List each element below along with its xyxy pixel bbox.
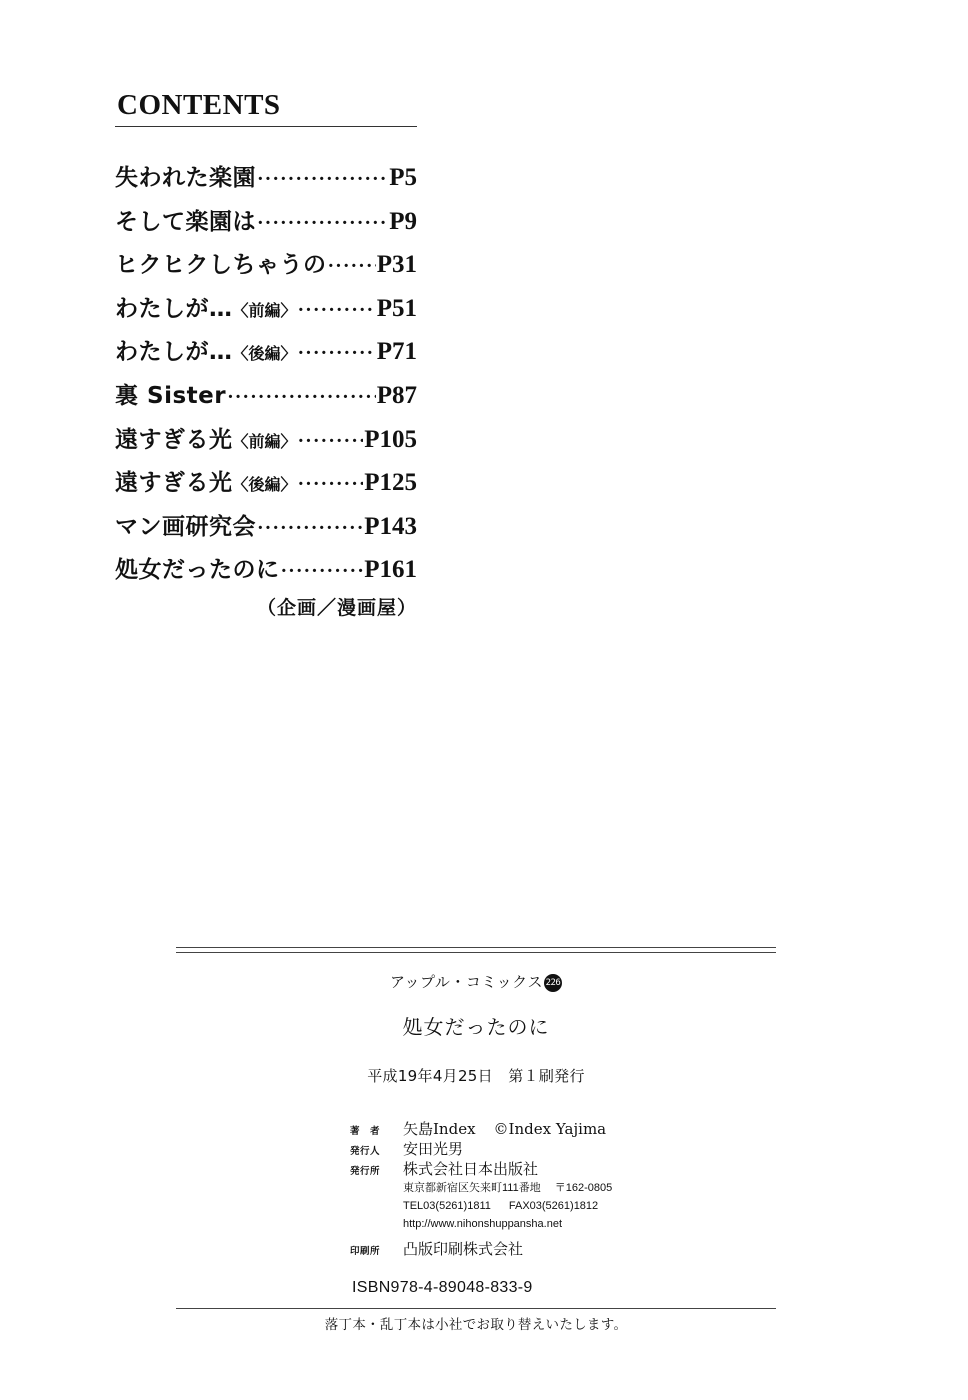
colophon-bottom-rule	[176, 1308, 776, 1309]
toc-entry-title: そして楽園は	[115, 201, 256, 245]
toc-entry: 処女だったのに P161	[115, 548, 417, 592]
printer-row: 印刷所 凸版印刷株式会社	[350, 1239, 650, 1259]
fax: FAX03(5261)1812	[509, 1200, 598, 1212]
toc-entry-part: 〈前編〉	[233, 420, 297, 464]
street-address: 東京都新宿区矢来町111番地	[403, 1182, 541, 1194]
dot-leader	[298, 463, 364, 507]
toc-entry-page: P125	[364, 461, 417, 505]
toc-entry-part: 〈後編〉	[233, 332, 297, 376]
book-title: 処女だったのに	[176, 1011, 776, 1040]
toc-entry: 失われた楽園 P5	[115, 156, 417, 200]
replacement-notice: 落丁本・乱丁本は小社でお取り替えいたします。	[176, 1313, 776, 1333]
toc-entry: そして楽園は P9	[115, 200, 417, 244]
dot-leader	[257, 202, 388, 246]
dot-leader	[328, 245, 376, 289]
phone-line: TEL03(5261)1811FAX03(5261)1812	[403, 1197, 650, 1215]
isbn: ISBN978-4-89048-833-9	[352, 1279, 533, 1297]
toc-entry-page: P161	[364, 548, 417, 592]
toc-entry-page: P5	[389, 156, 417, 200]
printer-name: 凸版印刷株式会社	[403, 1239, 523, 1259]
publisher-address: 東京都新宿区矢来町111番地〒162-0805 TEL03(5261)1811F…	[403, 1179, 650, 1233]
toc-entry-part: 〈前編〉	[233, 289, 297, 333]
publisher-label: 発行所	[350, 1162, 403, 1182]
dot-leader	[298, 420, 364, 464]
series-name: アップル・コミックス	[390, 973, 543, 991]
table-of-contents: CONTENTS 失われた楽園 P5 そして楽園は P9 ヒクヒクしちゃうの P…	[115, 88, 417, 127]
planning-credit: （企画／漫画屋）	[257, 593, 417, 620]
dot-leader	[298, 332, 376, 376]
toc-entry-title: わたしが…	[115, 331, 233, 375]
toc-entry: 遠すぎる光 〈前編〉 P105	[115, 418, 417, 462]
dot-leader	[281, 550, 364, 594]
toc-entry-page: P31	[377, 243, 417, 287]
toc-entry-title: 裏 Sister	[115, 375, 226, 419]
toc-entry: 裏 Sister P87	[115, 374, 417, 418]
colophon: アップル・コミックス226 処女だったのに 平成19年4月25日 第１刷発行 著…	[176, 947, 776, 953]
printer-label: 印刷所	[350, 1242, 403, 1262]
publisher-name: 株式会社日本出版社	[403, 1159, 538, 1179]
toc-entry-page: P51	[377, 287, 417, 331]
telephone: TEL03(5261)1811	[403, 1200, 491, 1212]
toc-entry-title: 処女だったのに	[115, 549, 280, 593]
toc-entry: ヒクヒクしちゃうの P31	[115, 243, 417, 287]
publication-date: 平成19年4月25日 第１刷発行	[176, 1065, 776, 1086]
toc-entry: わたしが… 〈後編〉 P71	[115, 330, 417, 374]
author-row: 著 者 矢島Index ©Index Yajima	[350, 1119, 650, 1139]
dot-leader	[298, 289, 376, 333]
toc-entry-page: P105	[364, 418, 417, 462]
publisher-person-name: 安田光男	[403, 1139, 463, 1159]
copyright-notice: ©Index Yajima	[494, 1119, 607, 1139]
publisher-person-label: 発行人	[350, 1142, 403, 1162]
toc-entry-title: 遠すぎる光	[115, 419, 233, 463]
toc-entry: マン画研究会 P143	[115, 505, 417, 549]
publisher-person-row: 発行人 安田光男	[350, 1139, 650, 1159]
toc-list: 失われた楽園 P5 そして楽園は P9 ヒクヒクしちゃうの P31 わたしが… …	[115, 156, 417, 592]
toc-entry: 遠すぎる光 〈後編〉 P125	[115, 461, 417, 505]
toc-entry-title: 遠すぎる光	[115, 462, 233, 506]
toc-entry-page: P9	[389, 200, 417, 244]
author-label: 著 者	[350, 1122, 403, 1142]
author-name: 矢島Index	[403, 1119, 476, 1139]
contents-heading: CONTENTS	[115, 88, 417, 122]
series-number-badge: 226	[544, 974, 562, 992]
colophon-top-double-rule	[176, 947, 776, 953]
dot-leader	[257, 158, 388, 202]
website-url: http://www.nihonshuppansha.net	[403, 1215, 650, 1233]
credits-block: 著 者 矢島Index ©Index Yajima 発行人 安田光男 発行所 株…	[350, 1119, 650, 1259]
toc-entry: わたしが… 〈前編〉 P51	[115, 287, 417, 331]
toc-entry-part: 〈後編〉	[233, 463, 297, 507]
contents-underline	[115, 126, 417, 127]
toc-entry-title: わたしが…	[115, 288, 233, 332]
toc-entry-page: P71	[377, 330, 417, 374]
toc-entry-title: ヒクヒクしちゃうの	[115, 244, 327, 288]
publisher-row: 発行所 株式会社日本出版社	[350, 1159, 650, 1179]
address-line: 東京都新宿区矢来町111番地〒162-0805	[403, 1179, 650, 1197]
toc-entry-page: P143	[364, 505, 417, 549]
dot-leader	[227, 376, 376, 420]
toc-entry-page: P87	[377, 374, 417, 418]
toc-entry-title: 失われた楽園	[115, 157, 256, 201]
dot-leader	[257, 507, 363, 551]
postal-code: 〒162-0805	[555, 1182, 613, 1194]
toc-entry-title: マン画研究会	[115, 506, 256, 550]
series-line: アップル・コミックス226	[176, 971, 776, 992]
